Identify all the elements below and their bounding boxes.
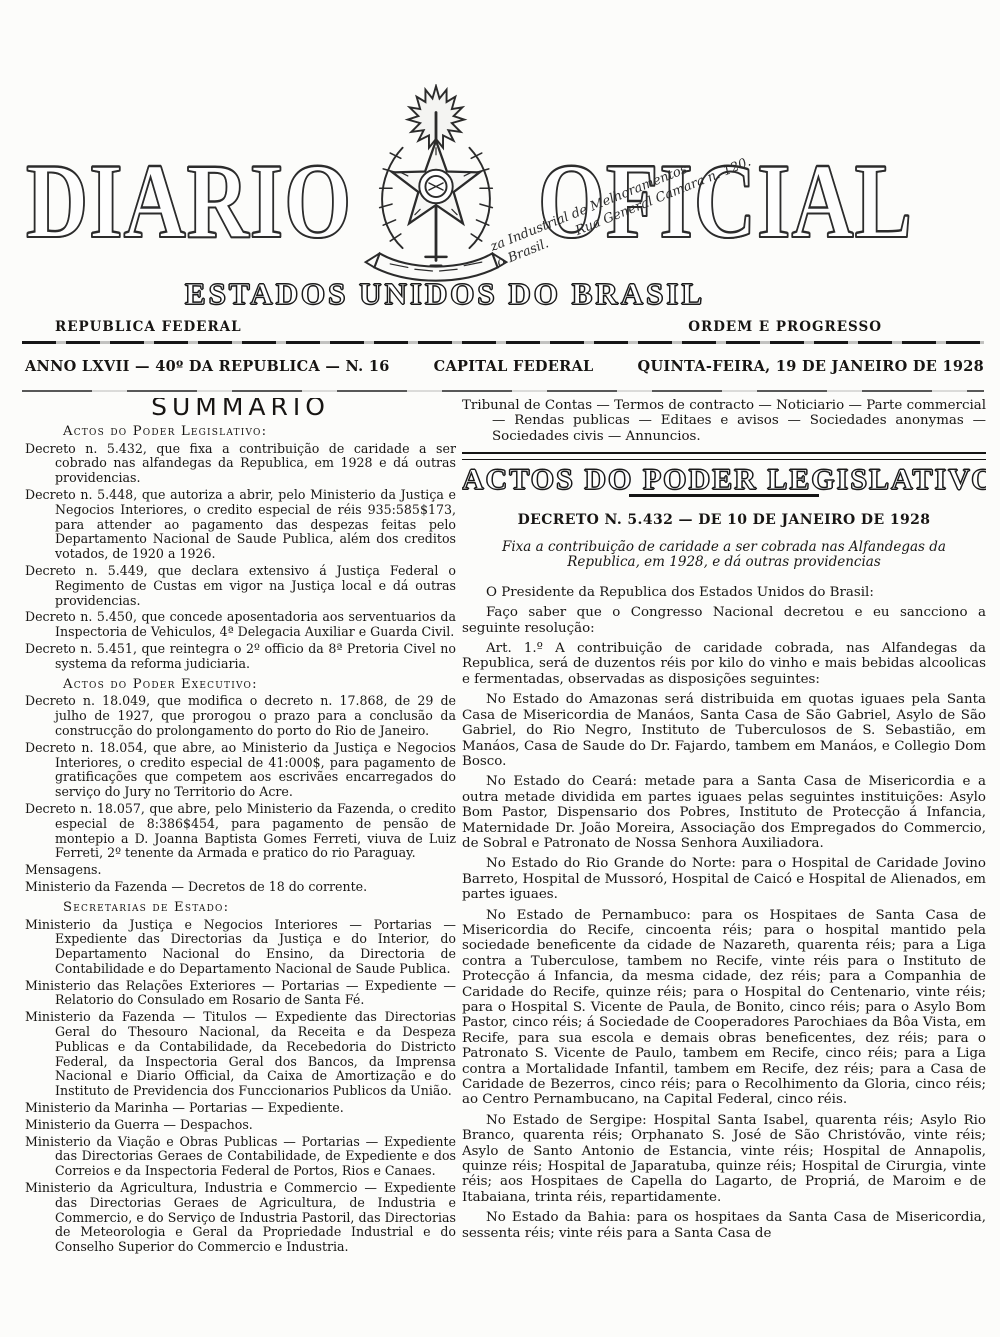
masthead-subtitle: ESTADOS UNIDOS DO BRASIL — [0, 276, 890, 312]
dateline-date: QUINTA-FEIRA, 19 DE JANEIRO DE 1928 — [638, 358, 984, 375]
summary-item: Ministerio da Guerra — Despachos. — [25, 1118, 456, 1133]
summary-item: Decreto n. 5.432, que fixa a contribuiçã… — [25, 442, 456, 486]
decree-paragraph: No Estado do Amazonas será distribuida e… — [462, 692, 986, 769]
content-column: Tribunal de Contas — Termos de contracto… — [462, 398, 986, 1328]
summary-item: Ministerio da Marinha — Portarias — Expe… — [25, 1101, 456, 1116]
motto-right: ORDEM E PROGRESSO — [688, 319, 882, 335]
summary-item: Decreto n. 5.449, que declara extensivo … — [25, 564, 456, 608]
summary-item: Decreto n. 18.054, que abre, ao Minister… — [25, 741, 456, 800]
masthead-title-left: DIARIO — [26, 138, 346, 263]
summary-title: SUMMARIO — [25, 400, 456, 415]
divider-rule — [462, 452, 986, 460]
section-label-legislativo: Actos do Poder Legislativo: — [63, 425, 456, 440]
dateline-place: CAPITAL FEDERAL — [434, 358, 594, 375]
summary-item: Ministerio da Fazenda — Decretos de 18 d… — [25, 880, 456, 895]
summary-item: Decreto n. 5.451, que reintegra o 2º off… — [25, 642, 456, 672]
summary-item: Ministerio da Justiça e Negocios Interio… — [25, 918, 456, 977]
motto-row: REPUBLICA FEDERAL ORDEM E PROGRESSO — [55, 319, 882, 335]
decree-subtitle: Fixa a contribuição de caridade a ser co… — [488, 540, 960, 571]
summary-item: Ministerio da Viação e Obras Publicas — … — [25, 1135, 456, 1179]
gazette-page: DIARIO OFICIAL za Industrial de Melhoram… — [0, 0, 1000, 1337]
decree-paragraph: Faço saber que o Congresso Nacional decr… — [462, 605, 986, 636]
decree-paragraph: No Estado do Rio Grande do Norte: para o… — [462, 856, 986, 902]
summary-continuation: Tribunal de Contas — Termos de contracto… — [462, 398, 986, 444]
decree-paragraph: No Estado da Bahia: para os hospitaes da… — [462, 1210, 986, 1241]
summary-item: Decreto n. 18.049, que modifica o decret… — [25, 694, 456, 738]
summary-column: SUMMARIO Actos do Poder Legislativo: Dec… — [25, 398, 456, 1316]
decree-number: DECRETO N. 5.432 — DE 10 DE JANEIRO DE 1… — [462, 513, 986, 528]
summary-item: Ministerio das Relações Exteriores — Por… — [25, 979, 456, 1009]
section-label-secretarias: Secretarias de Estado: — [63, 901, 456, 916]
summary-item: Ministerio da Fazenda — Titulos — Expedi… — [25, 1010, 456, 1099]
decree-paragraph: No Estado do Ceará: metade para a Santa … — [462, 774, 986, 851]
summary-item: Mensagens. — [25, 863, 456, 878]
dateline: ANNO LXVII — 40º DA REPUBLICA — N. 16 CA… — [25, 358, 984, 375]
dateline-edition: ANNO LXVII — 40º DA REPUBLICA — N. 16 — [25, 358, 390, 375]
section-heading: ACTOS DO PODER LEGISLATIVO — [462, 472, 986, 487]
decree-paragraph: No Estado de Pernambuco: para os Hospita… — [462, 908, 986, 1108]
decree-paragraph: No Estado de Sergipe: Hospital Santa Isa… — [462, 1113, 986, 1205]
summary-item: Decreto n. 5.450, que concede aposentado… — [25, 610, 456, 640]
summary-item: Decreto n. 5.448, que autoriza a abrir, … — [25, 488, 456, 562]
section-label-executivo: Actos do Poder Executivo: — [63, 678, 456, 693]
divider-rule — [22, 341, 984, 344]
summary-item: Ministerio da Agricultura, Industria e C… — [25, 1181, 456, 1255]
summary-item: Decreto n. 18.057, que abre, pelo Minist… — [25, 802, 456, 861]
divider-rule — [22, 390, 984, 392]
motto-left: REPUBLICA FEDERAL — [55, 319, 242, 335]
decree-paragraph: Art. 1.º A contribuição de caridade cobr… — [462, 641, 986, 687]
decree-paragraph: O Presidente da Republica dos Estados Un… — [462, 585, 986, 600]
